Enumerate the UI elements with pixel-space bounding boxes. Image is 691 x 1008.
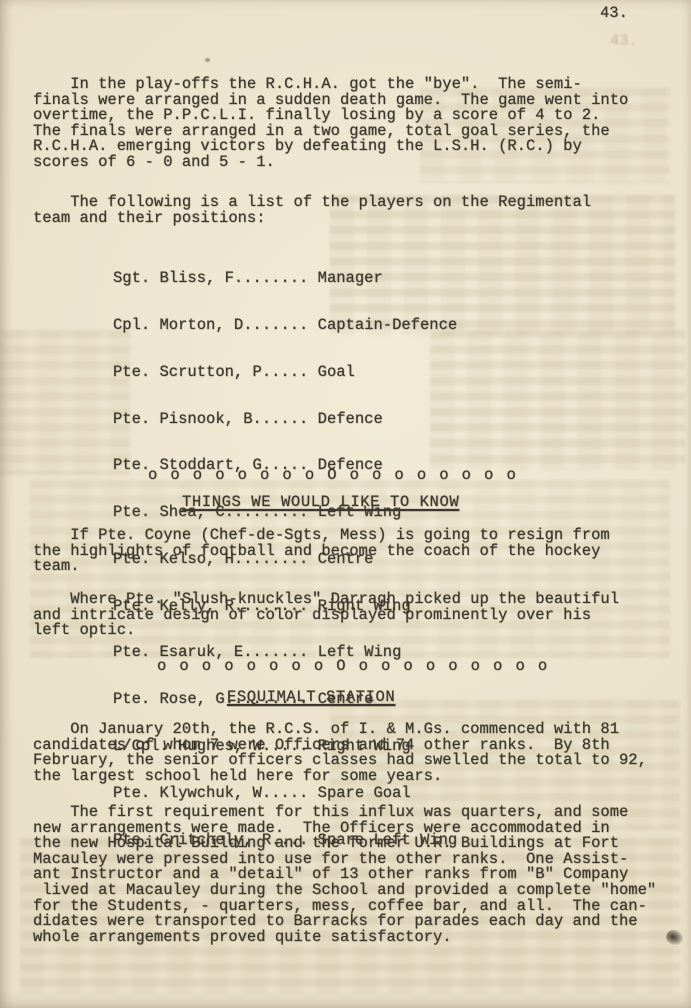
section-heading-esquimalt-station: ESQUIMALT STATION: [227, 690, 395, 706]
ghost-page-number: 43.: [610, 34, 638, 50]
paragraph-school-commenced: On January 20th, the R.C.S. of I. & M.Gs…: [33, 722, 647, 784]
roster-row: Sgt. Bliss, F........Manager: [113, 271, 457, 287]
roster-row: Cpl. Morton, D.......Captain-Defence: [113, 318, 457, 334]
separator-ornament: o o o o o o o o O o o o o o o o o o: [157, 659, 548, 675]
player-name: Pte. Klywchuk, W: [113, 784, 262, 802]
player-position: Captain-Defence: [318, 316, 458, 334]
separator-ornament: o o o o o o o o O o o o o o o o o: [148, 468, 516, 484]
paragraph-darragh: Where Pte. "Slush-knuckles" Darragh pick…: [33, 592, 619, 639]
player-name: Pte. Scrutton, P: [113, 363, 262, 381]
roster-row: Pte. Klywchuk, W.....Spare Goal: [113, 786, 457, 802]
player-name: Sgt. Bliss, F: [113, 269, 234, 287]
paragraph-quarters: The first requirement for this influx wa…: [33, 805, 656, 945]
roster-row: Pte. Scrutton, P.....Goal: [113, 365, 457, 381]
dot-leader: .......: [243, 316, 308, 334]
bleed-through-ghost: [430, 330, 685, 470]
paragraph-playoffs: In the play-offs the R.C.H.A. got the "b…: [33, 77, 628, 171]
paragraph-coyne: If Pte. Coyne (Chef-de-Sgts, Mess) is go…: [33, 528, 610, 575]
player-position: Spare Goal: [318, 784, 411, 802]
ink-speck: [205, 58, 210, 62]
dot-leader: .....: [262, 363, 309, 381]
page-number: 43.: [600, 6, 628, 22]
dot-leader: .....: [262, 784, 309, 802]
dot-leader: ........: [234, 269, 308, 287]
bleed-through-ghost: [0, 330, 130, 475]
roster-row: Pte. Pisnook, B......Defence: [113, 412, 457, 428]
player-position: Manager: [318, 269, 383, 287]
player-name: Pte. Pisnook, B: [113, 410, 253, 428]
player-position: Goal: [318, 363, 355, 381]
player-name: Pte. Rose, G: [113, 690, 225, 708]
section-heading-things-we-would-like-to-know: THINGS WE WOULD LIKE TO KNOW: [182, 495, 459, 511]
dot-leader: ......: [253, 410, 309, 428]
ink-blot: [664, 927, 685, 947]
paragraph-roster-intro: The following is a list of the players o…: [33, 195, 591, 226]
player-name: Cpl. Morton, D: [113, 316, 243, 334]
player-position: Defence: [318, 410, 383, 428]
scanned-page: 43. 43. In the play-offs the R.C.H.A. go…: [0, 0, 691, 1008]
